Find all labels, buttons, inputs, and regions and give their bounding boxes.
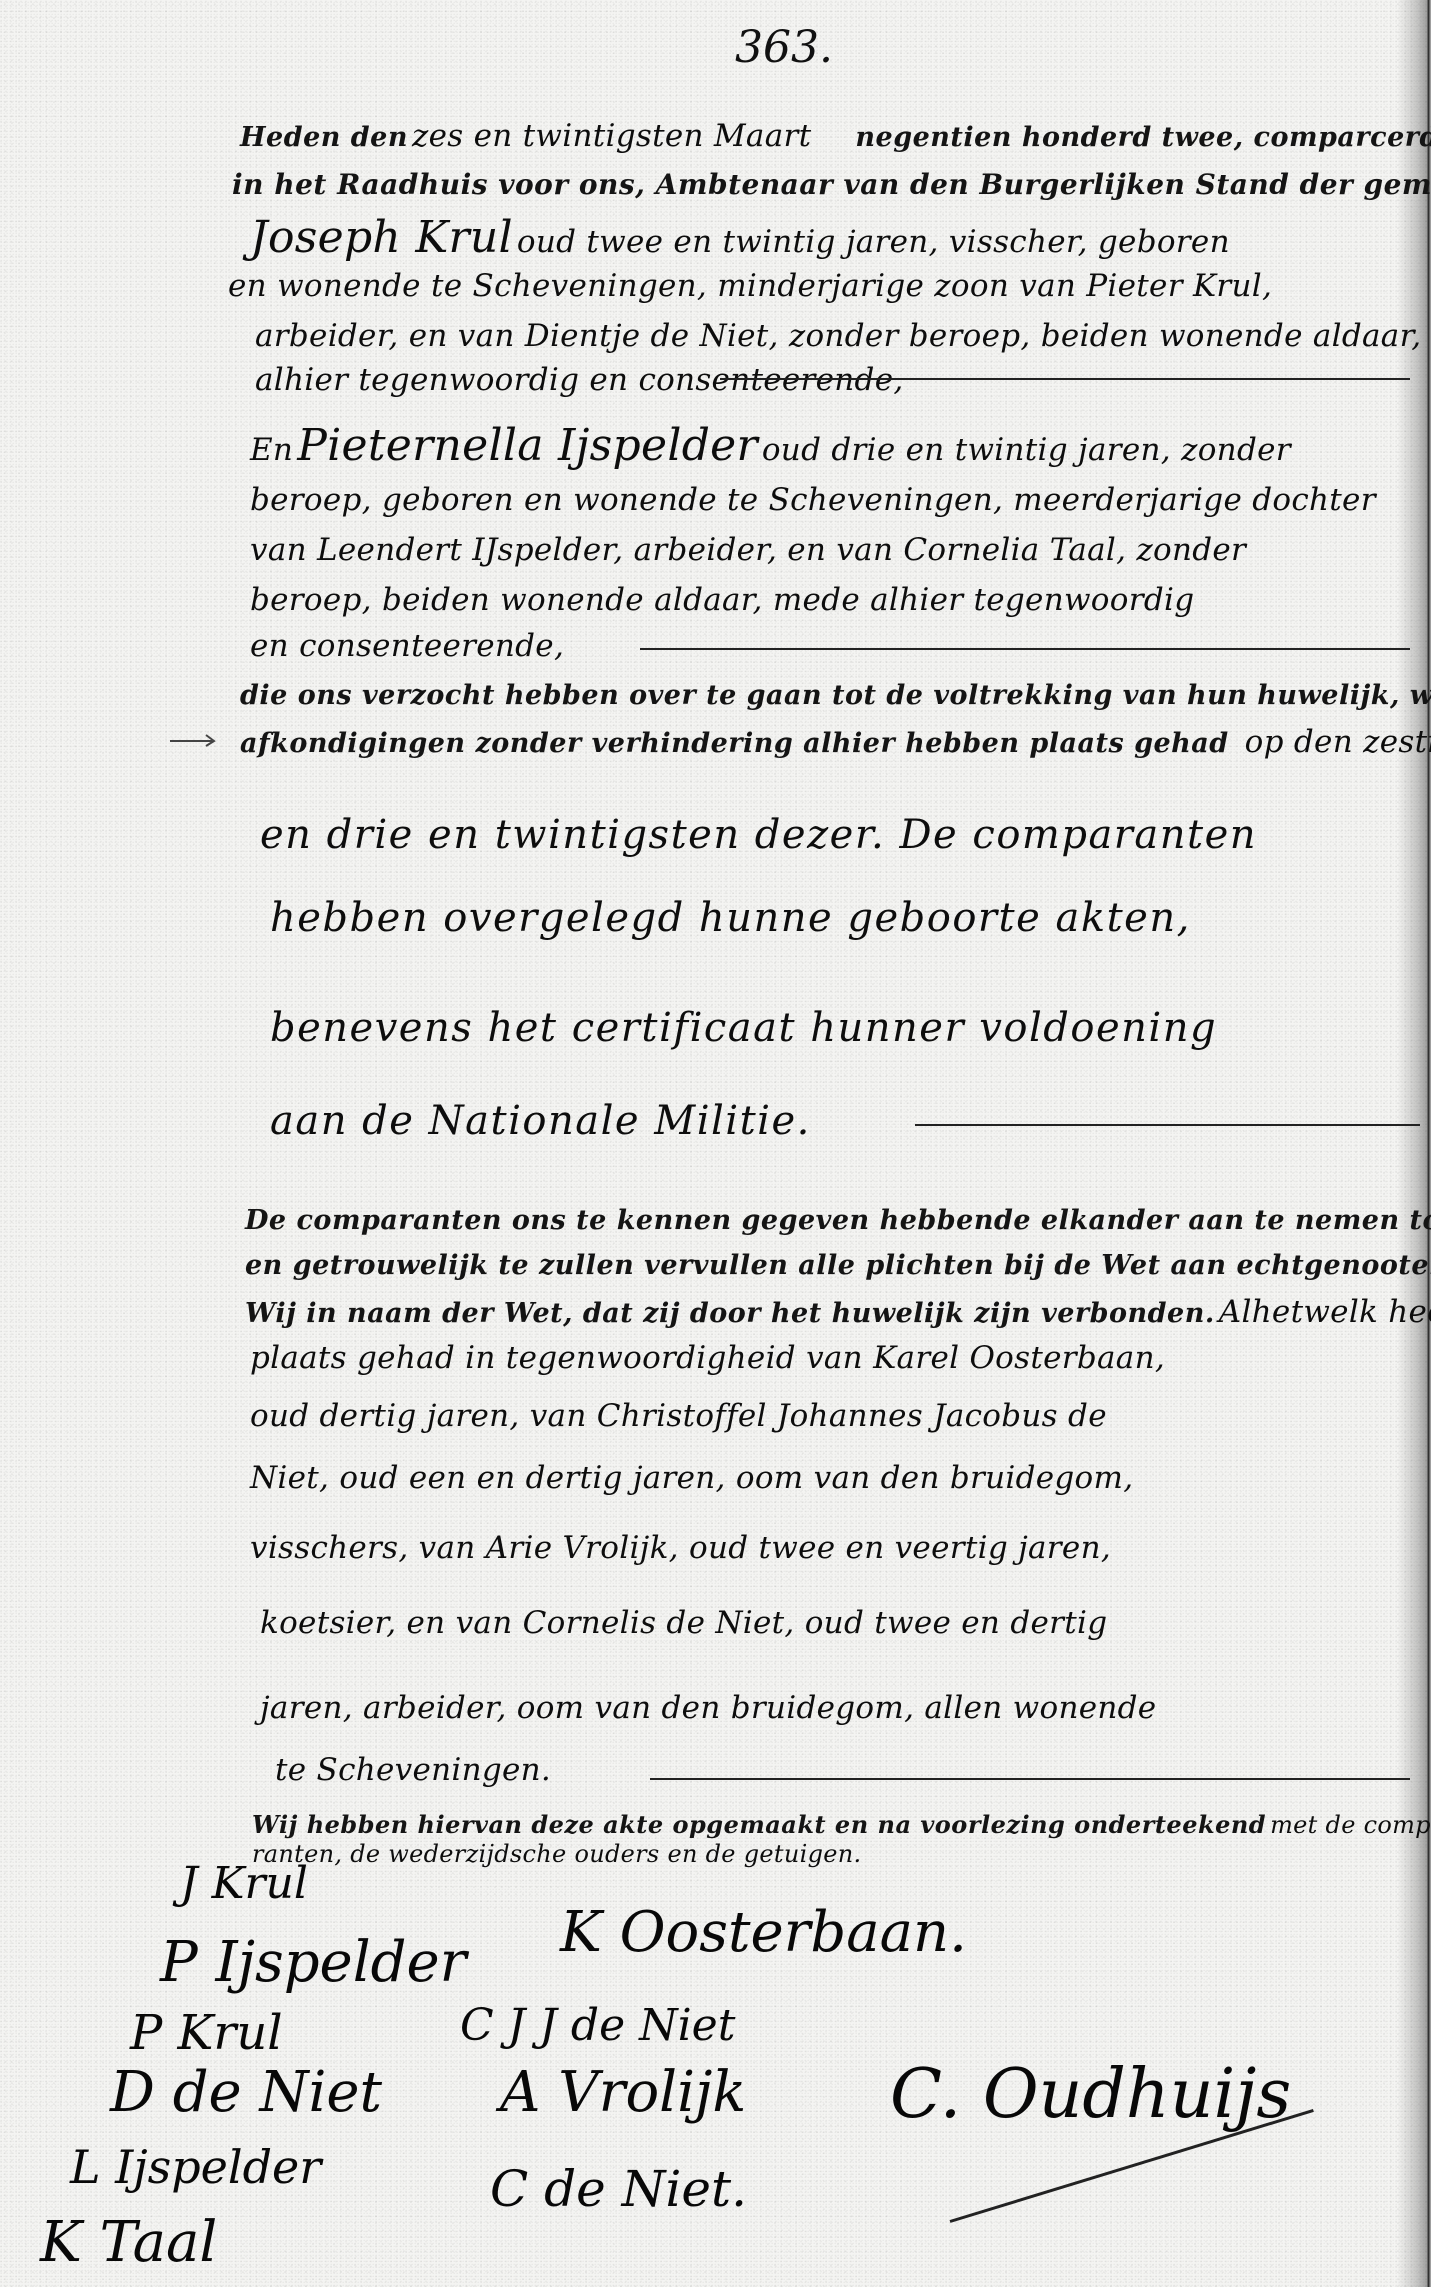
signature-bride-mother: K Taal <box>40 2210 217 2275</box>
bride-line-1: En Pieternella Ijspelder oud drie en twi… <box>250 420 1291 471</box>
declaration-line-6: Niet, oud een en dertig jaren, oom van d… <box>250 1460 1133 1496</box>
bride-line-5: en consenteerende, <box>250 628 564 664</box>
fill-rule <box>650 1778 1410 1780</box>
printed-text: Wij hebben hiervan deze akte opgemaakt e… <box>252 1810 1266 1839</box>
signature-witness-c-de-niet: C de Niet. <box>490 2160 747 2218</box>
handwritten-text: oud twee en twintig jaren, visscher, geb… <box>517 224 1230 260</box>
fill-rule <box>720 378 1410 380</box>
margin-arrow-icon <box>168 732 218 748</box>
signature-registrar: C. Oudhuijs <box>890 2055 1291 2134</box>
declaration-line-1: De comparanten ons te kennen gegeven heb… <box>245 1205 1431 1236</box>
request-line-4: hebben overgelegd hunne geboorte akten, <box>270 895 1191 941</box>
signature-bride-father: L Ijspelder <box>70 2140 321 2194</box>
groom-line-2: en wonende te Scheveningen, minderjarige… <box>228 268 1272 304</box>
signature-groom-father: P Krul <box>130 2005 283 2061</box>
declaration-line-4: plaats gehad in tegenwoordigheid van Kar… <box>250 1340 1165 1376</box>
intro-line-1: Heden den zes en twintigsten Maart negen… <box>240 118 1431 154</box>
declaration-line-5: oud dertig jaren, van Christoffel Johann… <box>250 1398 1107 1434</box>
groom-line-3: arbeider, en van Dientje de Niet, zonder… <box>255 318 1421 354</box>
handwritten-text: oud drie en twintig jaren, zonder <box>762 432 1291 468</box>
bride-line-3: van Leendert IJspelder, arbeider, en van… <box>250 532 1246 568</box>
signature-witness-oosterbaan: K Oosterbaan. <box>560 1900 967 1965</box>
bride-line-2: beroep, geboren en wonende te Schevening… <box>250 482 1376 518</box>
declaration-line-3: Wij in naam der Wet, dat zij door het hu… <box>245 1294 1431 1330</box>
request-line-2: afkondigingen zonder verhindering alhier… <box>240 724 1431 760</box>
printed-text: Heden den <box>240 122 408 153</box>
signature-witness-cjj-de-niet: C J J de Niet <box>460 2000 735 2051</box>
handwritten-text: En <box>250 432 293 468</box>
closing-line-2: ranten, de wederzijdsche ouders en de ge… <box>252 1840 861 1868</box>
declaration-line-2: en getrouwelijk te zullen vervullen alle… <box>245 1250 1431 1281</box>
declaration-line-10: te Scheveningen. <box>275 1752 551 1788</box>
bride-line-4: beroep, beiden wonende aldaar, mede alhi… <box>250 582 1194 618</box>
handwritten-text: op den zestienden <box>1245 724 1431 760</box>
groom-line-4: alhier tegenwoordig en consenteerende, <box>255 362 904 398</box>
closing-line-1: Wij hebben hiervan deze akte opgemaakt e… <box>252 1810 1431 1839</box>
request-line-6: aan de Nationale Militie. <box>270 1098 811 1144</box>
fill-rule <box>640 648 1410 650</box>
declaration-line-8: koetsier, en van Cornelis de Niet, oud t… <box>260 1605 1107 1641</box>
signature-bride: P Ijspelder <box>160 1930 466 1995</box>
signature-witness-vrolijk: A Vrolijk <box>500 2060 746 2125</box>
printed-text: afkondigingen zonder verhindering alhier… <box>240 728 1229 759</box>
printed-text: Wij in naam der Wet, dat zij door het hu… <box>245 1298 1215 1329</box>
printed-text: negentien honderd twee, comparcerden <box>855 122 1431 153</box>
request-line-1: die ons verzocht hebben over te gaan tot… <box>240 680 1431 711</box>
signature-groom-mother: D de Niet <box>110 2060 382 2125</box>
intro-line-2: in het Raadhuis voor ons, Ambtenaar van … <box>232 168 1431 201</box>
handwritten-date: zes en twintigsten Maart <box>412 118 811 154</box>
bride-name: Pieternella Ijspelder <box>297 420 758 471</box>
request-line-3: en drie en twintigsten dezer. De compara… <box>260 812 1257 858</box>
groom-line-1: Joseph Krul oud twee en twintig jaren, v… <box>250 212 1230 263</box>
declaration-line-9: jaren, arbeider, oom van den bruidegom, … <box>260 1690 1156 1726</box>
signature-groom: J Krul <box>180 1858 308 1909</box>
handwritten-text: Alhetwelk heeft <box>1219 1294 1431 1330</box>
fill-rule <box>915 1124 1420 1126</box>
declaration-line-7: visschers, van Arie Vrolijk, oud twee en… <box>250 1530 1111 1566</box>
groom-name: Joseph Krul <box>250 212 513 263</box>
page-number: 363. <box>735 22 833 73</box>
handwritten-text: met de compa- <box>1270 1811 1431 1839</box>
request-line-5: benevens het certificaat hunner voldoeni… <box>270 1005 1217 1051</box>
